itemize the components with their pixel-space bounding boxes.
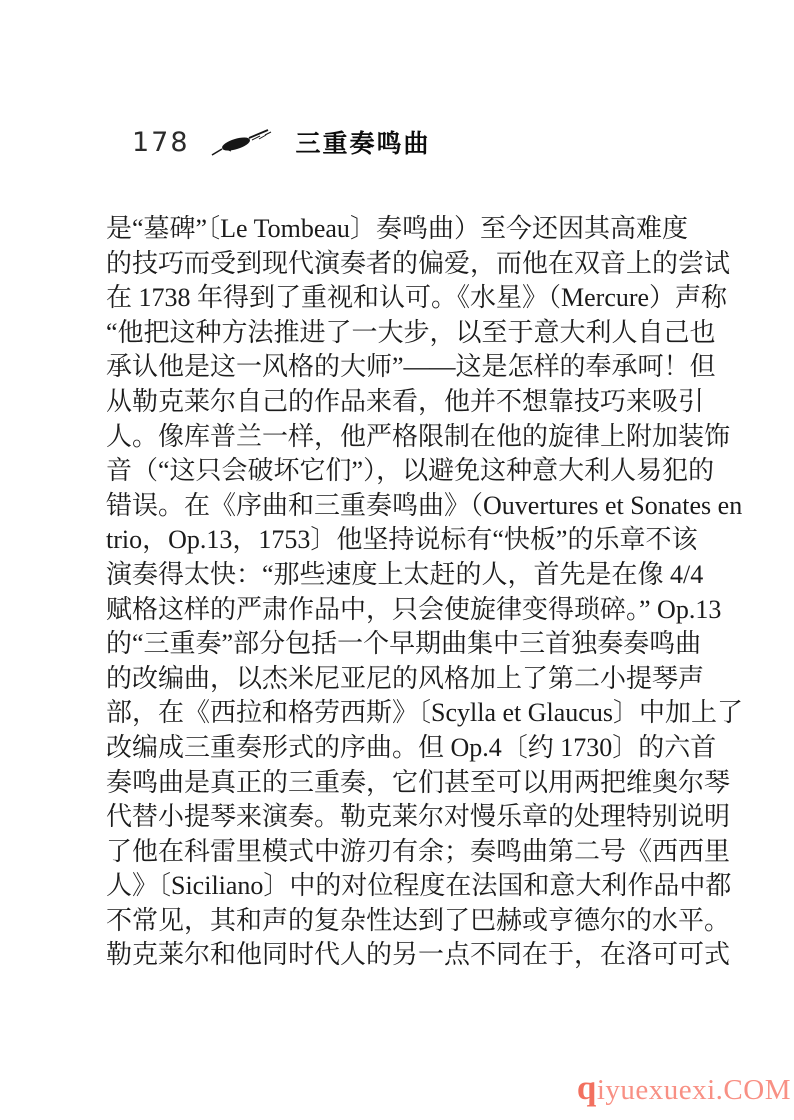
text-line-19: 了他在科雷里模式中游刃有余；奏鸣曲第二号《西西里 <box>106 835 688 870</box>
text-line-5: 承认他是这一风格的大师”——这是怎样的奉承呵！但 <box>106 350 688 385</box>
text-line-9: 错误。在《序曲和三重奏鸣曲》（Ouvertures et Sonates en <box>106 489 688 524</box>
text-line-6: 从勒克莱尔自己的作品来看，他并不想靠技巧来吸引 <box>106 385 688 420</box>
text-line-2: 的技巧而受到现代演奏者的偏爱，而他在双音上的尝试 <box>106 247 688 282</box>
text-line-4: “他把这种方法推进了一大步，以至于意大利人自己也 <box>106 316 688 351</box>
watermark-suffix: .COM <box>716 1074 791 1106</box>
text-line-7: 人。像库普兰一样，他严格限制在他的旋律上附加装饰 <box>106 420 688 455</box>
text-line-10: trio，Op.13，1753〕他坚持说标有“快板”的乐章不该 <box>106 523 688 558</box>
text-line-20: 人》〔Siciliano〕中的对位程度在法国和意大利作品中都 <box>106 869 688 904</box>
chapter-title: 三重奏鸣曲 <box>296 124 431 160</box>
text-line-13: 的“三重奏”部分包括一个早期曲集中三首独奏奏鸣曲 <box>106 627 688 662</box>
text-line-11: 演奏得太快：“那些速度上太赶的人，首先是在像 4/4 <box>106 558 688 593</box>
page-number: 178 <box>132 127 190 158</box>
watermark-rest: iyuexuexi <box>597 1074 716 1106</box>
quill-pen-icon <box>206 122 280 162</box>
text-line-17: 奏鸣曲是真正的三重奏，它们甚至可以用两把维奥尔琴 <box>106 766 688 801</box>
text-line-8: 音（“这只会破坏它们”），以避免这种意大利人易犯的 <box>106 454 688 489</box>
text-line-3: 在 1738 年得到了重视和认可。《水星》（Mercure）声称 <box>106 281 688 316</box>
watermark-initial: q <box>577 1068 597 1107</box>
text-line-22: 勒克莱尔和他同时代人的另一点不同在于，在洛可可式 <box>106 938 688 973</box>
page-header: 178 三重奏鸣曲 <box>132 122 431 162</box>
watermark: qiyuexuexi.COM <box>577 1068 791 1108</box>
text-line-18: 代替小提琴来演奏。勒克莱尔对慢乐章的处理特别说明 <box>106 800 688 835</box>
body-text: 是“墓碑”〔Le Tombeau〕奏鸣曲）至今还因其高难度的技巧而受到现代演奏者… <box>106 212 688 973</box>
book-page: 178 三重奏鸣曲 是“墓碑”〔Le Tombeau〕奏鸣曲）至今还因其高难度的… <box>0 0 794 1120</box>
text-line-21: 不常见，其和声的复杂性达到了巴赫或亨德尔的水平。 <box>106 904 688 939</box>
text-line-16: 改编成三重奏形式的序曲。但 Op.4〔约 1730〕的六首 <box>106 731 688 766</box>
text-line-14: 的改编曲，以杰米尼亚尼的风格加上了第二小提琴声 <box>106 662 688 697</box>
text-line-15: 部，在《西拉和格劳西斯》〔Scylla et Glaucus〕中加上了 <box>106 696 688 731</box>
text-line-1: 是“墓碑”〔Le Tombeau〕奏鸣曲）至今还因其高难度 <box>106 212 688 247</box>
text-line-12: 赋格这样的严肃作品中，只会使旋律变得琐碎。” Op.13 <box>106 593 688 628</box>
